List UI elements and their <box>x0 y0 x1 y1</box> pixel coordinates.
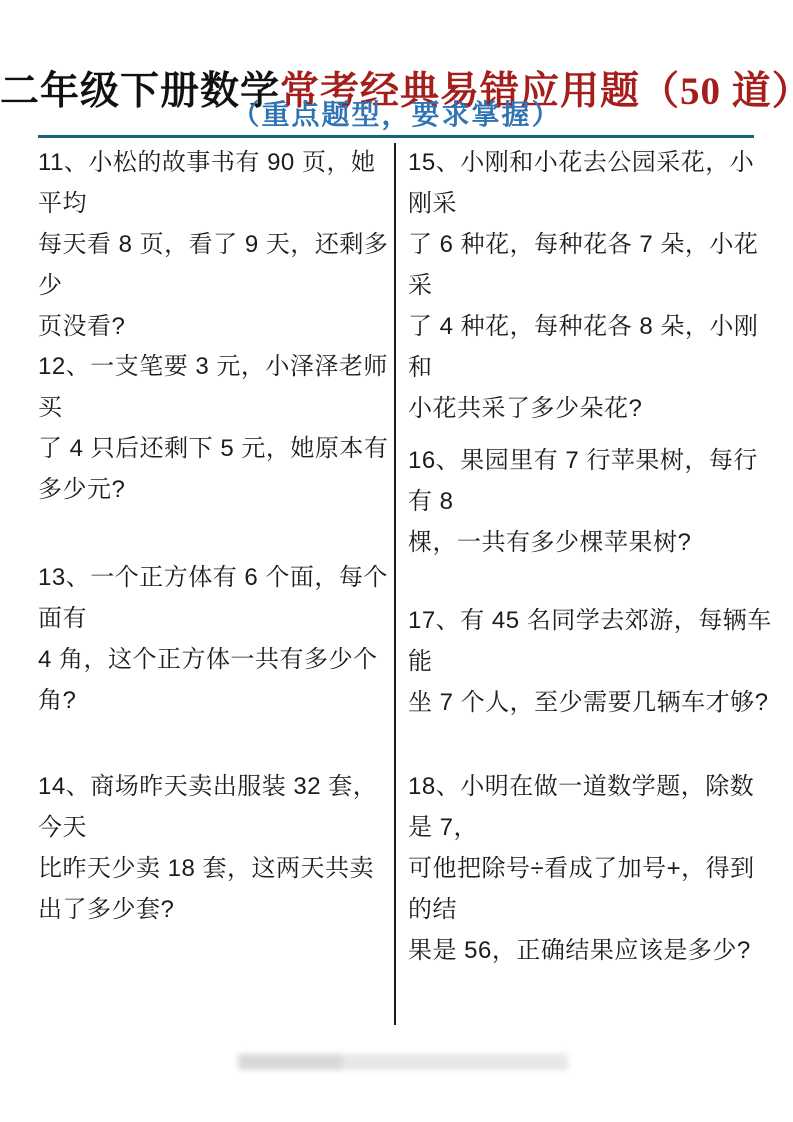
question-12: 12、一支笔要 3 元，小泽泽老师买 了 4 只后还剩下 5 元，她原本有 多少… <box>38 346 390 510</box>
watermark-segment-light <box>342 1054 568 1070</box>
question-14: 14、商场昨天卖出服装 32 套，今天 比昨天少卖 18 套，这两天共卖 出了多… <box>38 766 390 930</box>
question-16: 16、果园里有 7 行苹果树，每行有 8 棵，一共有多少棵苹果树? <box>408 440 772 563</box>
watermark-segment-dark <box>238 1054 348 1070</box>
column-divider-line <box>394 143 396 1025</box>
page-subtitle: （重点题型，要求掌握） <box>0 98 793 134</box>
question-17: 17、有 45 名同学去郊游，每辆车能 坐 7 个人，至少需要几辆车才够? <box>408 600 772 723</box>
worksheet-page: 二年级下册数学常考经典易错应用题（50 道） （重点题型，要求掌握） 11、小松… <box>0 0 793 1122</box>
watermark-blur <box>238 1052 568 1074</box>
header-divider-line <box>38 135 754 138</box>
question-11: 11、小松的故事书有 90 页，她平均 每天看 8 页，看了 9 天，还剩多少 … <box>38 142 390 347</box>
question-18: 18、小明在做一道数学题，除数是 7， 可他把除号÷看成了加号+，得到的结 果是… <box>408 766 772 971</box>
question-15: 15、小刚和小花去公园采花，小刚采 了 6 种花，每种花各 7 朵，小花采 了 … <box>408 142 772 429</box>
question-13: 13、一个正方体有 6 个面，每个面有 4 角，这个正方体一共有多少个角? <box>38 557 390 721</box>
